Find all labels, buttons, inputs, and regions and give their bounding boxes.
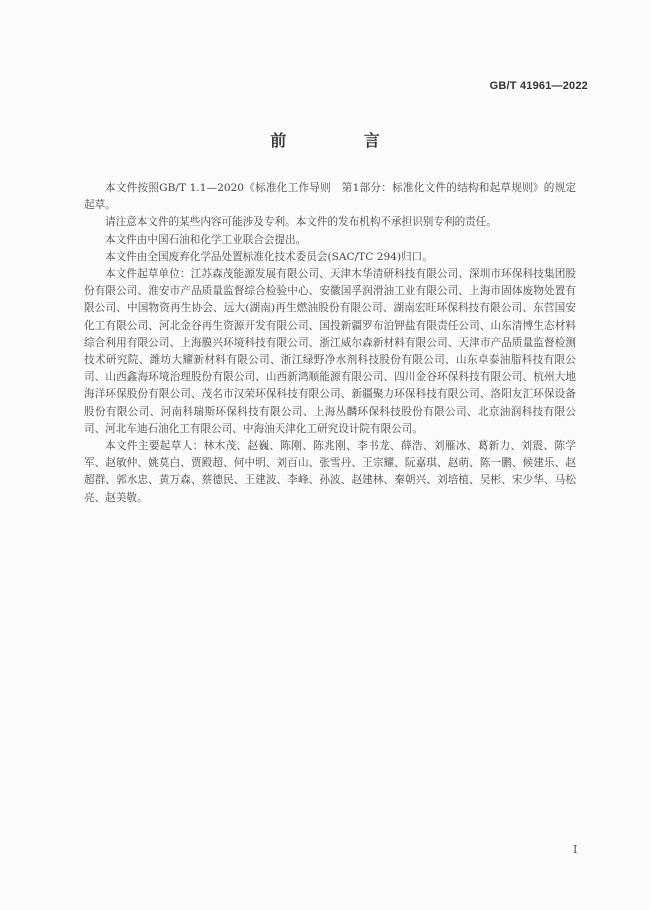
paragraph-drafting-rules: 本文件按照GB/T 1.1—2020《标准化工作导则 第1部分：标准化文件的结构… [84, 180, 576, 214]
paragraph-technical-committee: 本文件由全国废弃化学品处置标准化技术委员会(SAC/TC 294)归口。 [84, 249, 576, 266]
paragraph-main-drafters: 本文件主要起草人：林木茂、赵巍、陈刚、陈兆刚、李书龙、薛浩、刘雁冰、葛新力、刘震… [84, 438, 576, 507]
standard-number: GB/T 41961—2022 [490, 80, 588, 92]
paragraph-patent-notice: 请注意本文件的某些内容可能涉及专利。本文件的发布机构不承担识别专利的责任。 [84, 214, 576, 231]
page-number: I [573, 843, 577, 856]
paragraph-drafting-organizations: 本文件起草单位：江苏森茂能源发展有限公司、天津木华清研科技有限公司、深圳市环保科… [84, 266, 576, 438]
paragraph-proposer: 本文件由中国石油和化学工业联合会提出。 [84, 232, 576, 249]
page-title: 前 言 [0, 128, 650, 151]
foreword-body: 本文件按照GB/T 1.1—2020《标准化工作导则 第1部分：标准化文件的结构… [84, 180, 576, 507]
